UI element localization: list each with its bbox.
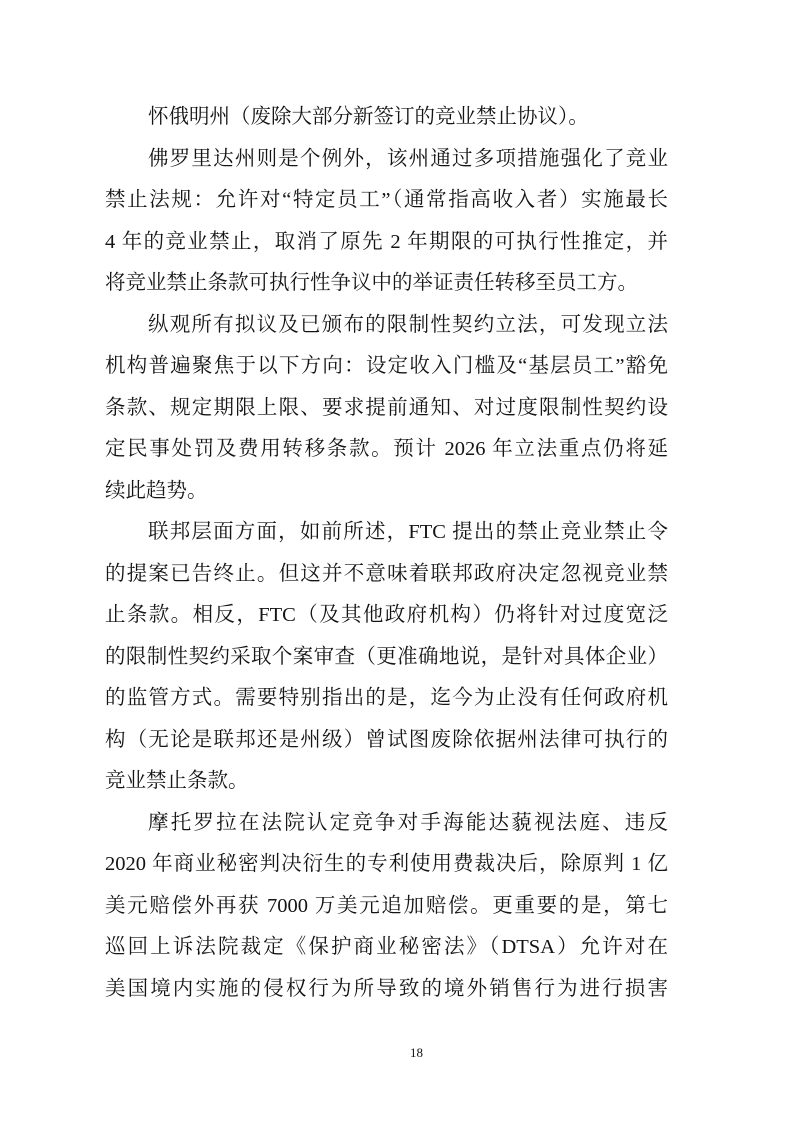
paragraph: 纵观所有拟议及已颁布的限制性契约立法，可发现立法机构普遍聚焦于以下方向：设定收入… <box>105 305 668 513</box>
text-line: 构（无论是联邦还是州级）曾试图废除依据州法律可执行的 <box>105 720 668 762</box>
text-line: 美元赔偿外再获 7000 万美元追加赔偿。更重要的是，第七 <box>105 886 668 928</box>
text-line: 怀俄明州（废除大部分新签订的竞业禁止协议）。 <box>105 97 668 139</box>
text-line: 条款、规定期限上限、要求提前通知、对过度限制性契约设 <box>105 388 668 430</box>
text-line: 联邦层面方面，如前所述，FTC 提出的禁止竞业禁止令 <box>105 512 668 554</box>
paragraph: 摩托罗拉在法院认定竞争对手海能达藐视法庭、违反2020 年商业秘密判决衍生的专利… <box>105 803 668 1011</box>
text-line: 2020 年商业秘密判决衍生的专利使用费裁决后，除原判 1 亿 <box>105 844 668 886</box>
text-line: 纵观所有拟议及已颁布的限制性契约立法，可发现立法 <box>105 305 668 347</box>
document-text-block: 怀俄明州（废除大部分新签订的竞业禁止协议）。佛罗里达州则是个例外，该州通过多项措… <box>105 97 668 1010</box>
text-line: 竞业禁止条款。 <box>105 761 668 803</box>
text-line: 巡回上诉法院裁定《保护商业秘密法》（DTSA）允许对在 <box>105 927 668 969</box>
text-line: 美国境内实施的侵权行为所导致的境外销售行为进行损害 <box>105 969 668 1011</box>
paragraph: 佛罗里达州则是个例外，该州通过多项措施强化了竞业禁止法规：允许对“特定员工”（通… <box>105 139 668 305</box>
text-line: 机构普遍聚焦于以下方向：设定收入门槛及“基层员工”豁免 <box>105 346 668 388</box>
text-line: 止条款。相反，FTC（及其他政府机构）仍将针对过度宽泛 <box>105 595 668 637</box>
text-line: 的监管方式。需要特别指出的是，迄今为止没有任何政府机 <box>105 678 668 720</box>
text-line: 续此趋势。 <box>105 471 668 513</box>
text-line: 的提案已告终止。但这并不意味着联邦政府决定忽视竞业禁 <box>105 554 668 596</box>
text-line: 摩托罗拉在法院认定竞争对手海能达藐视法庭、违反 <box>105 803 668 845</box>
text-line: 定民事处罚及费用转移条款。预计 2026 年立法重点仍将延 <box>105 429 668 471</box>
text-line: 的限制性契约采取个案审查（更准确地说，是针对具体企业） <box>105 637 668 679</box>
text-line: 将竞业禁止条款可执行性争议中的举证责任转移至员工方。 <box>105 263 668 305</box>
paragraph: 怀俄明州（废除大部分新签订的竞业禁止协议）。 <box>105 97 668 139</box>
page-number: 18 <box>20 1044 793 1062</box>
text-line: 4 年的竞业禁止，取消了原先 2 年期限的可执行性推定，并 <box>105 222 668 264</box>
paragraph: 联邦层面方面，如前所述，FTC 提出的禁止竞业禁止令的提案已告终止。但这并不意味… <box>105 512 668 803</box>
document-page: 怀俄明州（废除大部分新签订的竞业禁止协议）。佛罗里达州则是个例外，该州通过多项措… <box>0 0 793 1122</box>
text-line: 禁止法规：允许对“特定员工”（通常指高收入者）实施最长 <box>105 180 668 222</box>
text-line: 佛罗里达州则是个例外，该州通过多项措施强化了竞业 <box>105 139 668 181</box>
